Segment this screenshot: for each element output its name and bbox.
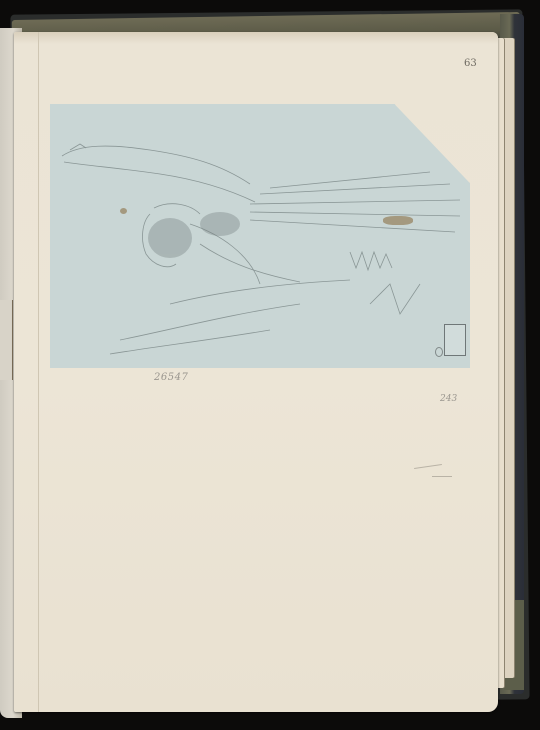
museum-mark bbox=[435, 347, 443, 357]
page-gutter-line bbox=[38, 32, 39, 712]
ink-stain bbox=[120, 208, 127, 214]
inventory-number: 26547 bbox=[154, 372, 188, 383]
page-top-fold bbox=[14, 32, 498, 44]
mounted-drawing bbox=[50, 104, 470, 368]
ink-stain bbox=[383, 216, 413, 225]
folio-number: 63 bbox=[464, 58, 477, 69]
pencil-sketch bbox=[50, 104, 470, 368]
pencil-mark bbox=[432, 476, 452, 477]
facing-page-tab bbox=[0, 300, 12, 380]
reference-number: 243 bbox=[440, 394, 457, 404]
album-scan: 63 bbox=[0, 0, 540, 730]
collection-stamp bbox=[444, 324, 466, 356]
